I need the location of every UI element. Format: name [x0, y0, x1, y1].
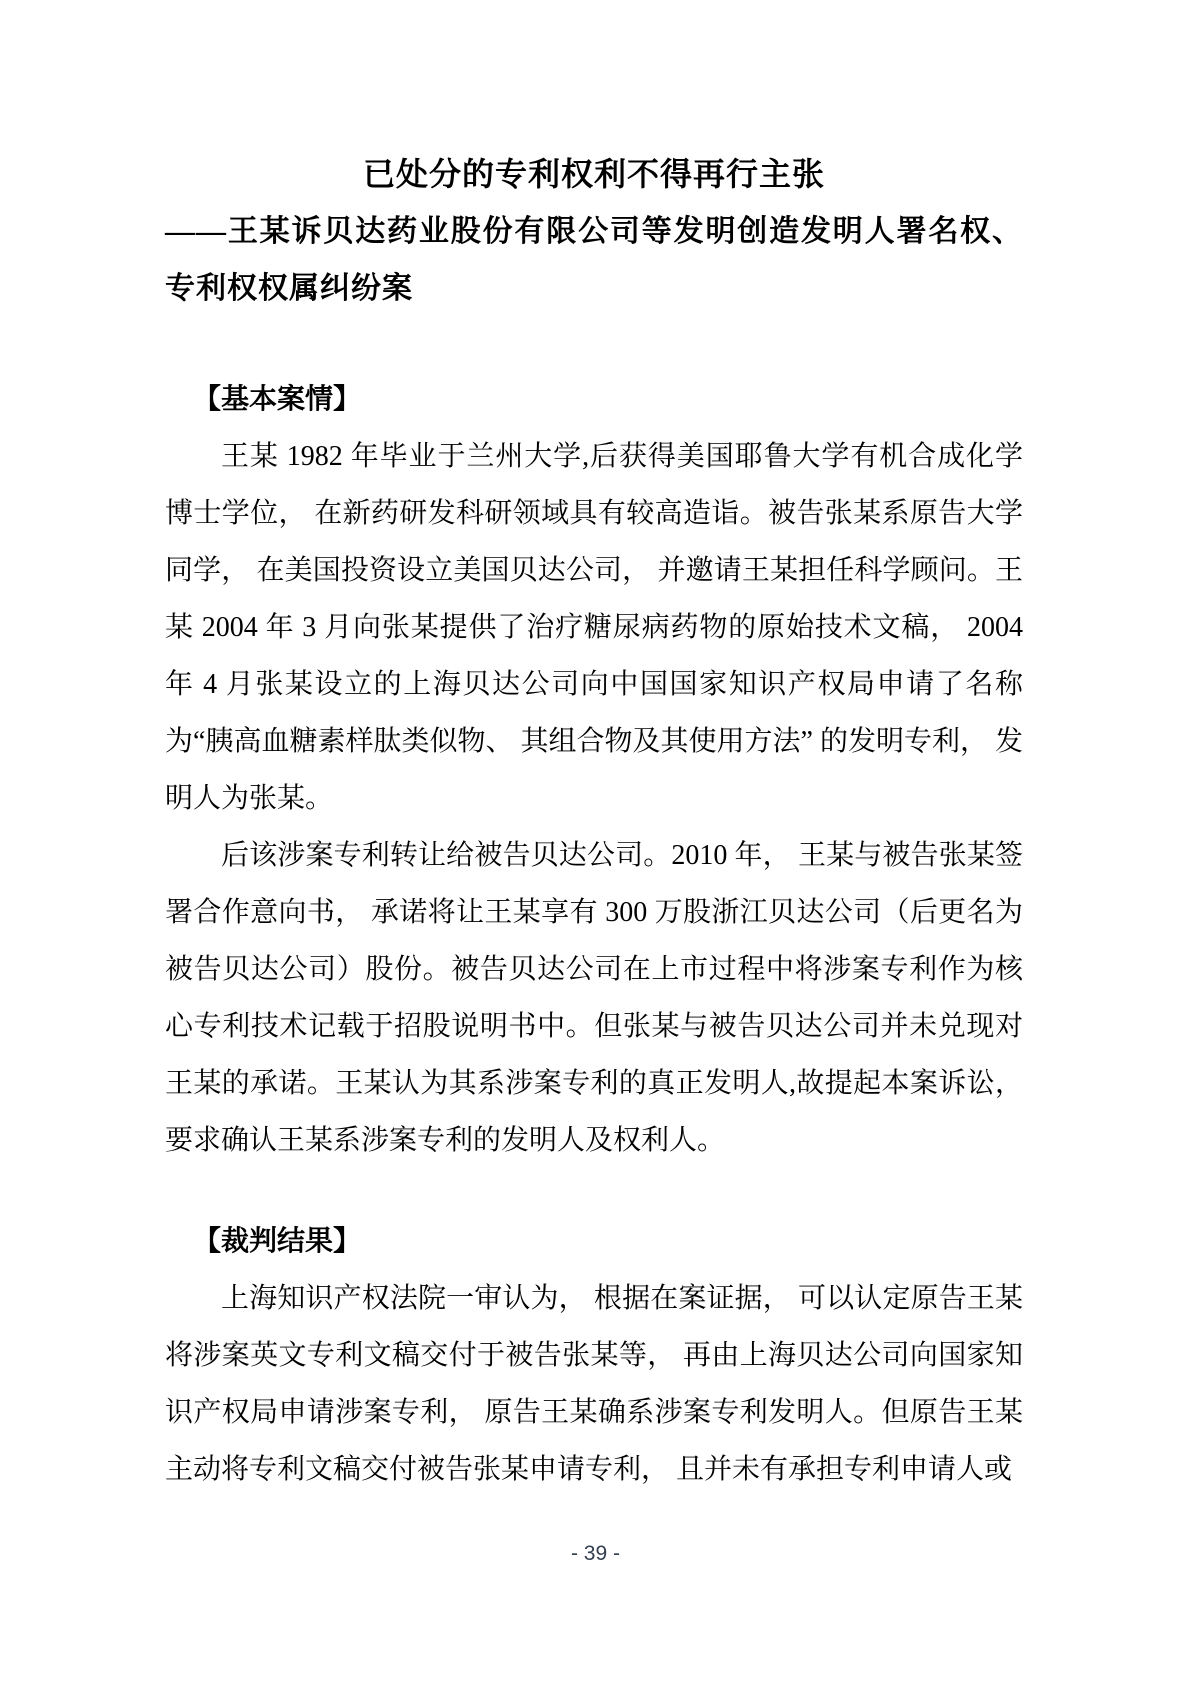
page-number: - 39 -	[0, 1542, 1191, 1566]
section-heading-judgment-result: 【裁判结果】	[165, 1213, 1023, 1270]
document-subtitle: ——王某诉贝达药业股份有限公司等发明创造发明人署名权、专利权权属纠纷案	[165, 203, 1023, 317]
paragraph-judgment-result-1: 上海知识产权法院一审认为， 根据在案证据， 可以认定原告王某将涉案英文专利文稿交…	[165, 1270, 1023, 1498]
paragraph-basic-facts-2: 后该涉案专利转让给被告贝达公司。2010 年， 王某与被告张某签署合作意向书， …	[165, 827, 1023, 1169]
document-title: 已处分的专利权利不得再行主张	[165, 146, 1023, 203]
document-page: 已处分的专利权利不得再行主张 ——王某诉贝达药业股份有限公司等发明创造发明人署名…	[0, 0, 1191, 1684]
paragraph-basic-facts-1: 王某 1982 年毕业于兰州大学,后获得美国耶鲁大学有机合成化学博士学位， 在新…	[165, 428, 1023, 827]
document-content: 已处分的专利权利不得再行主张 ——王某诉贝达药业股份有限公司等发明创造发明人署名…	[165, 146, 1023, 1498]
section-heading-basic-facts: 【基本案情】	[165, 371, 1023, 428]
